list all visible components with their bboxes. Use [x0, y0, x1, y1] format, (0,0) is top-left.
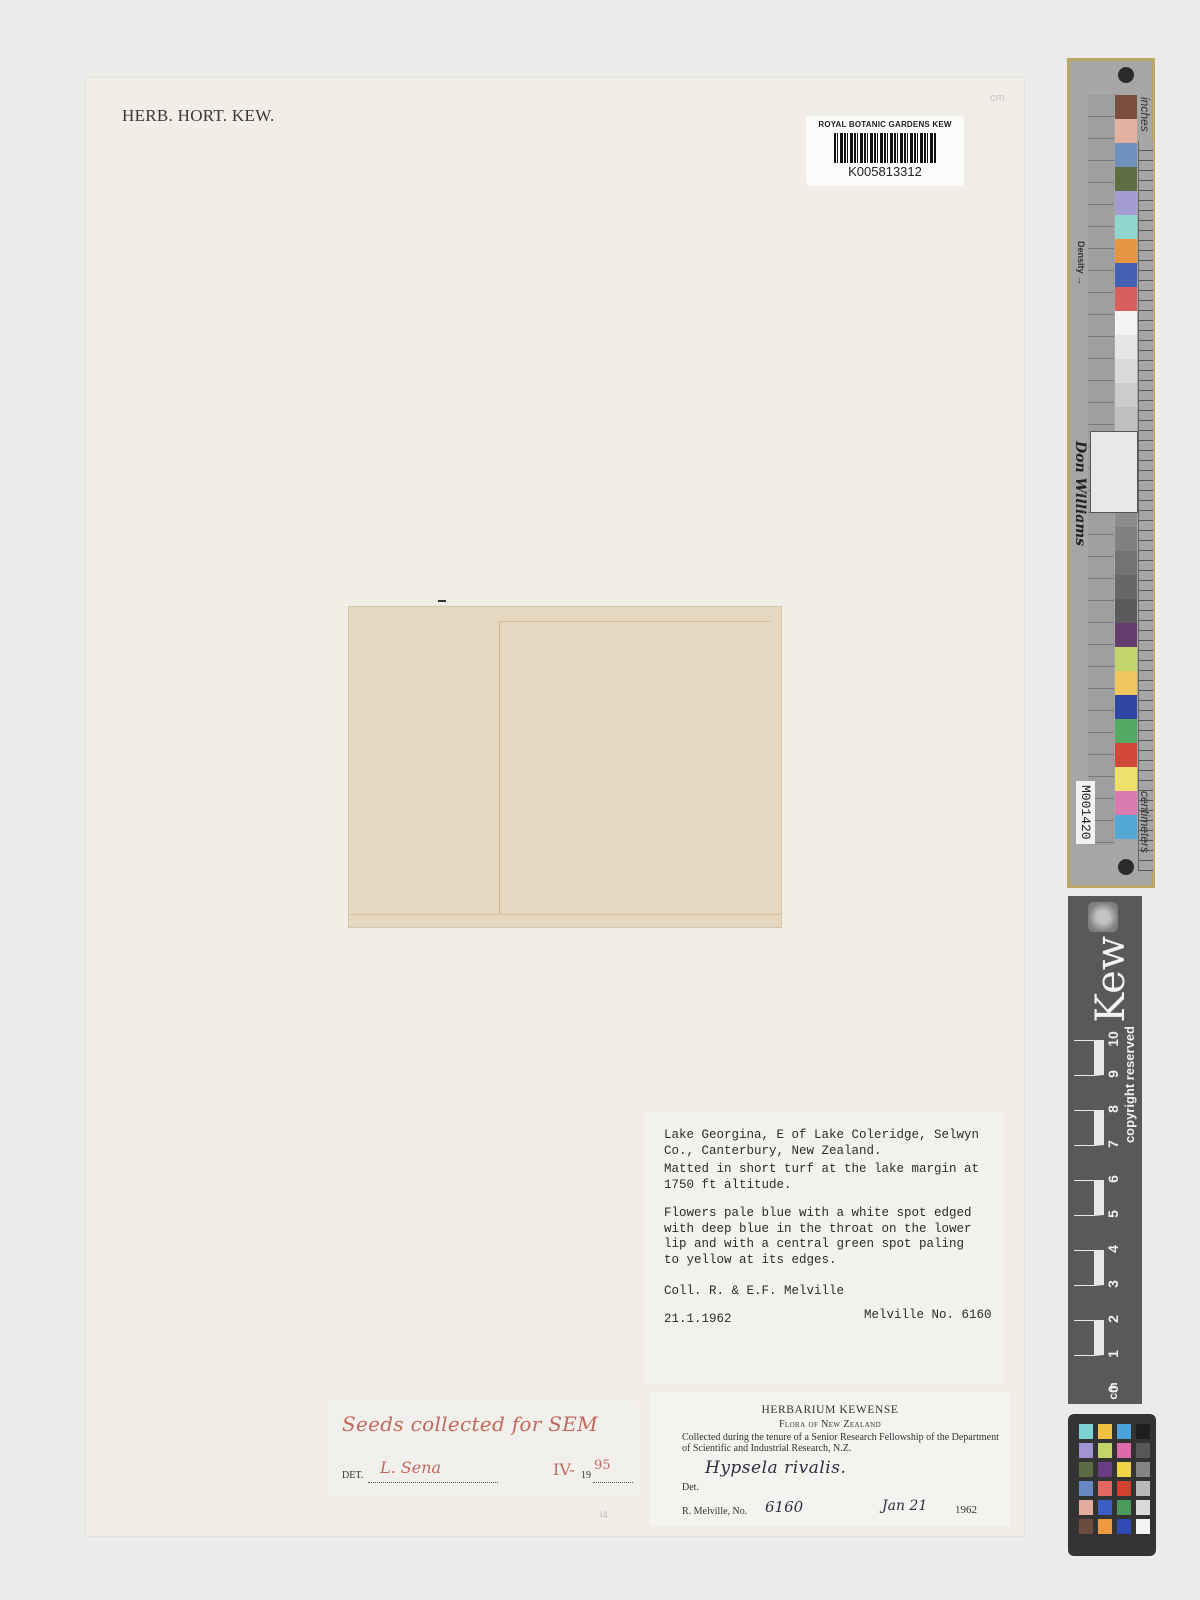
ruler-color-patch — [1115, 623, 1137, 647]
det-dotted-line — [368, 1482, 498, 1483]
color-checker-cell — [1079, 1519, 1093, 1534]
barcode-label: ROYAL BOTANIC GARDENS KEW K005813312 — [806, 116, 964, 186]
ruler-color-patch — [1115, 215, 1137, 239]
color-checker-cell — [1098, 1443, 1112, 1458]
ruler-color-patch — [1115, 407, 1137, 431]
color-ruler: inches centimeters Density → Don William… — [1067, 58, 1155, 888]
color-checker-cell — [1098, 1424, 1112, 1439]
determiner-name: L. Sena — [380, 1458, 441, 1477]
color-checker-cell — [1136, 1424, 1150, 1439]
kew-scale-number: 3 — [1105, 1275, 1121, 1293]
kew-scale-segment — [1074, 1180, 1104, 1215]
ruler-density-label: Density → — [1076, 241, 1086, 285]
barcode-icon — [834, 133, 936, 163]
ruler-color-patch — [1115, 791, 1137, 815]
det-label: Det. — [682, 1482, 699, 1493]
color-checker-cell — [1098, 1500, 1112, 1515]
det-year-dotted-line — [593, 1482, 633, 1483]
ruler-color-patch — [1115, 551, 1137, 575]
ruler-hole-icon — [1118, 67, 1134, 83]
color-checker-cell — [1117, 1424, 1131, 1439]
kew-scale-number: 4 — [1105, 1240, 1121, 1258]
kew-scale-number: 7 — [1105, 1135, 1121, 1153]
det-year-prefix: 19 — [581, 1470, 591, 1481]
color-checker-cell — [1098, 1519, 1112, 1534]
ruler-color-patch — [1115, 239, 1137, 263]
kew-scale-segment — [1074, 1145, 1104, 1180]
color-checker-card — [1068, 1414, 1156, 1556]
kew-scale-bar: Kew copyright reserved 012345678910 cm — [1068, 896, 1142, 1404]
kew-crest-icon — [1088, 902, 1118, 932]
herbarium-description: Collected during the tenure of a Senior … — [682, 1432, 1000, 1454]
herbarium-title: HERBARIUM KEWENSE — [650, 1404, 1010, 1416]
kew-scale-segment — [1074, 1320, 1104, 1355]
ruler-window — [1090, 431, 1138, 513]
color-checker-cell — [1117, 1443, 1131, 1458]
envelope-flap — [499, 621, 770, 914]
ruler-color-patch — [1115, 95, 1137, 119]
herbarium-header: HERB. HORT. KEW. — [122, 106, 275, 126]
pencil-mark: i4 — [600, 1510, 608, 1521]
det-year: 95 — [594, 1458, 611, 1473]
corner-pencil-mark: cm — [990, 92, 1005, 104]
ruler-color-patch — [1115, 191, 1137, 215]
ruler-color-patch — [1115, 575, 1137, 599]
kew-scale-segment — [1074, 1355, 1104, 1390]
collectors-text: Coll. R. & E.F. Melville — [664, 1284, 844, 1300]
herbarium-kewense-label: HERBARIUM KEWENSE Flora of New Zealand C… — [650, 1392, 1010, 1526]
locality-text: Lake Georgina, E of Lake Coleridge, Selw… — [664, 1128, 979, 1159]
color-checker-cell — [1136, 1519, 1150, 1534]
ruler-color-patch — [1115, 335, 1137, 359]
collector-number: 6160 — [765, 1498, 803, 1516]
kew-logo: Kew — [1088, 936, 1134, 1023]
kew-scale-segment — [1074, 1215, 1104, 1250]
kew-scale-number: 6 — [1105, 1170, 1121, 1188]
locality-label: Lake Georgina, E of Lake Coleridge, Selw… — [646, 1112, 1004, 1384]
ruler-color-patch — [1115, 671, 1137, 695]
ruler-color-patch — [1115, 719, 1137, 743]
barcode-organization: ROYAL BOTANIC GARDENS KEW — [806, 120, 964, 129]
color-checker-cell — [1079, 1481, 1093, 1496]
seed-envelope[interactable] — [348, 606, 782, 928]
ruler-color-patch — [1115, 767, 1137, 791]
kew-scale-number: 10 — [1105, 1030, 1121, 1048]
color-checker-cell — [1079, 1500, 1093, 1515]
ruler-color-patch — [1115, 383, 1137, 407]
kew-unit-label: cm — [1106, 1382, 1120, 1400]
color-checker-cell — [1117, 1500, 1131, 1515]
habitat-text: Matted in short turf at the lake margin … — [664, 1162, 979, 1193]
ruler-color-patch — [1115, 167, 1137, 191]
color-checker-cell — [1117, 1481, 1131, 1496]
color-checker-cell — [1136, 1462, 1150, 1477]
ruler-scale — [1138, 141, 1153, 871]
color-checker-cell — [1136, 1443, 1150, 1458]
kew-scale-number: 9 — [1105, 1065, 1121, 1083]
ruler-hole-icon — [1118, 859, 1134, 875]
ruler-color-patch — [1115, 311, 1137, 335]
ruler-color-patch — [1115, 647, 1137, 671]
color-checker-cell — [1117, 1462, 1131, 1477]
ruler-color-patch — [1115, 287, 1137, 311]
det-label: DET. — [342, 1470, 363, 1481]
kew-scale-segment — [1074, 1285, 1104, 1320]
description-text: Flowers pale blue with a white spot edge… — [664, 1206, 972, 1268]
kew-scale-number: 5 — [1105, 1205, 1121, 1223]
color-checker-cell — [1136, 1500, 1150, 1515]
determination-slip: Seeds collected for SEM DET. L. Sena IV-… — [328, 1402, 638, 1496]
ruler-color-patch — [1115, 599, 1137, 623]
kew-scale-number: 2 — [1105, 1310, 1121, 1328]
color-checker-cell — [1098, 1462, 1112, 1477]
kew-scale-number: 1 — [1105, 1345, 1121, 1363]
kew-scale-bars — [1074, 1038, 1104, 1390]
kew-scale-number: 8 — [1105, 1100, 1121, 1118]
seed-note: Seeds collected for SEM — [342, 1412, 598, 1436]
color-checker-grid — [1079, 1424, 1150, 1534]
kew-scale-segment — [1074, 1110, 1104, 1145]
ruler-color-patch — [1115, 263, 1137, 287]
collection-number: Melville No. 6160 — [864, 1308, 992, 1324]
envelope-pin-mark — [438, 600, 446, 602]
ruler-color-patch — [1115, 815, 1137, 839]
ruler-brand: Don Williams — [1072, 441, 1088, 546]
color-checker-cell — [1079, 1462, 1093, 1477]
envelope-bottom-fold — [349, 914, 781, 927]
collector-prefix: R. Melville, No. — [682, 1506, 747, 1517]
ruler-color-patch — [1115, 143, 1137, 167]
det-month: IV- — [553, 1460, 575, 1479]
ruler-color-patch — [1115, 743, 1137, 767]
herbarium-subtitle: Flora of New Zealand — [650, 1419, 1010, 1430]
kew-scale-segment — [1074, 1040, 1104, 1075]
ruler-cm-label: centimeters — [1138, 791, 1152, 853]
collection-date: 21.1.1962 — [664, 1312, 732, 1328]
ruler-color-patch — [1115, 527, 1137, 551]
ruler-color-patch — [1115, 119, 1137, 143]
ruler-id: M001420 — [1076, 781, 1095, 844]
handwritten-date: Jan 21 — [882, 1498, 927, 1514]
ruler-inches-label: inches — [1138, 97, 1152, 132]
color-checker-cell — [1079, 1443, 1093, 1458]
barcode-id: K005813312 — [806, 164, 964, 179]
ruler-color-patch — [1115, 359, 1137, 383]
kew-scale-numbers: 012345678910 — [1104, 1036, 1122, 1396]
color-checker-cell — [1117, 1519, 1131, 1534]
kew-scale-segment — [1074, 1250, 1104, 1285]
color-checker-cell — [1098, 1481, 1112, 1496]
color-checker-cell — [1136, 1481, 1150, 1496]
species-name: Hypsela rivalis. — [705, 1458, 846, 1478]
label-year: 1962 — [955, 1504, 977, 1516]
kew-scale-segment — [1074, 1075, 1104, 1110]
ruler-color-patch — [1115, 695, 1137, 719]
kew-copyright: copyright reserved — [1122, 1026, 1137, 1143]
color-checker-cell — [1079, 1424, 1093, 1439]
